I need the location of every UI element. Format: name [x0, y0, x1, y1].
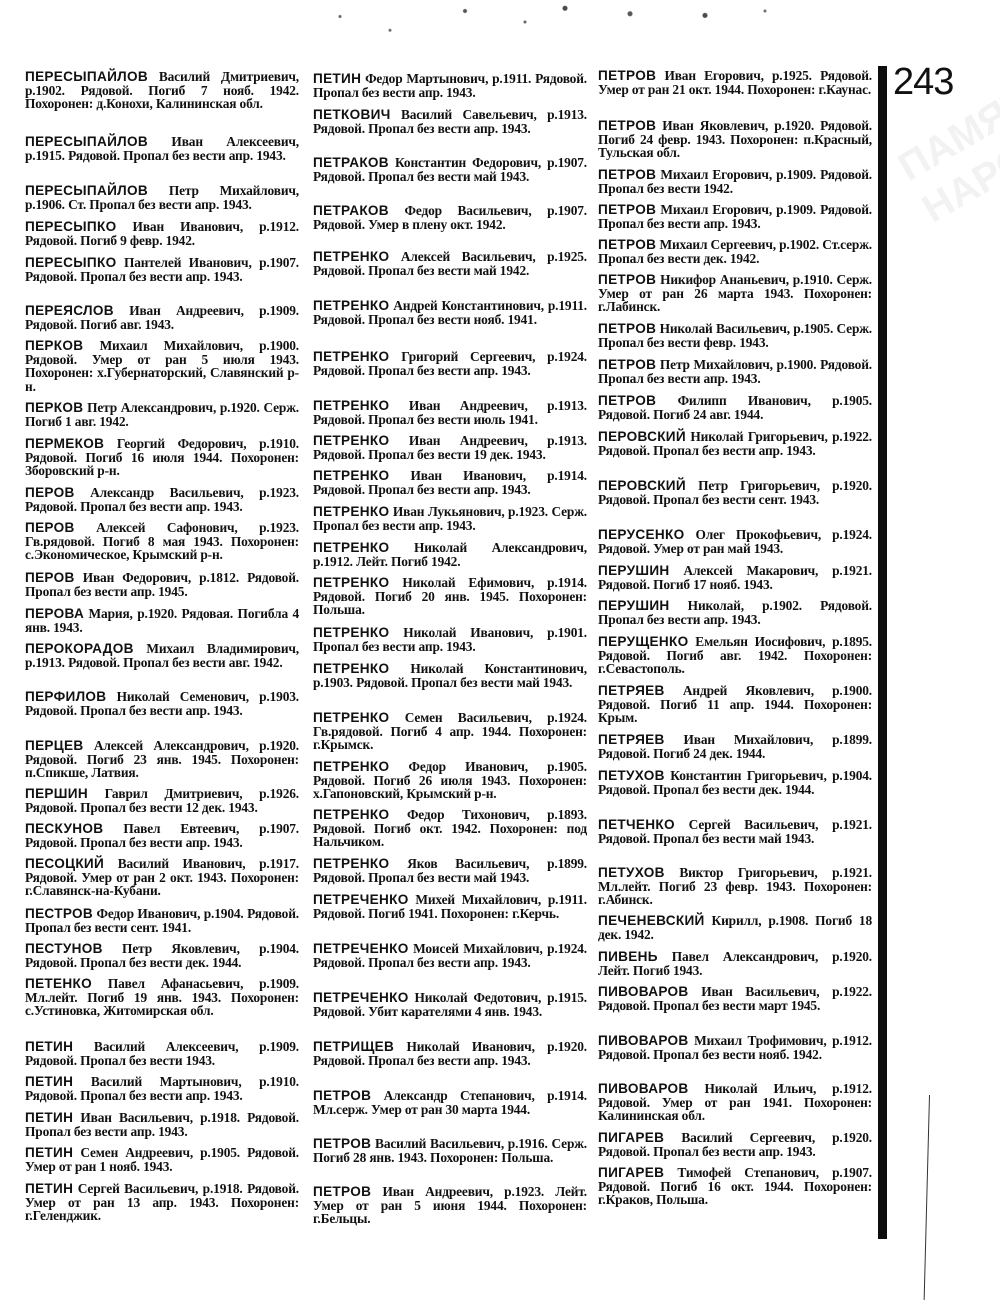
memorial-entry: ПЕРЦЕВ Алексей Александрович, р.1920. Ря… — [25, 739, 299, 780]
memorial-entry: ПЕТРЕНКО Андрей Константинович, р.1911. … — [313, 299, 587, 326]
memorial-entry: ПЕТРОВ Иван Яковлевич, р.1920. Рядовой. … — [598, 119, 872, 160]
memorial-entry: ПЕСКУНОВ Павел Евтеевич, р.1907. Рядовой… — [25, 822, 299, 849]
memorial-entry: ПЕРОВСКИЙ Николай Григорьевич, р.1922. Р… — [598, 430, 872, 457]
memorial-entry: ПЕТРЕНКО Иван Лукьянович, р.1923. Серж. … — [313, 505, 587, 532]
scan-noise — [300, 0, 800, 55]
memorial-entry: ПЕРОВ Алексей Сафонович, р.1923. Гв.рядо… — [25, 521, 299, 562]
memorial-entry: ПЕТРЕНКО Иван Андреевич, р.1913. Рядовой… — [313, 434, 587, 461]
memorial-entry: ПЕТРАКОВ Константин Федорович, р.1907. Р… — [313, 156, 587, 183]
memorial-entry: ПЕТРОВ Никифор Ананьевич, р.1910. Серж. … — [598, 273, 872, 314]
memorial-entry: ПЕТРОВ Иван Андреевич, р.1923. Лейт. Уме… — [313, 1185, 587, 1226]
memorial-entry: ПЕРУШИН Алексей Макарович, р.1921. Рядов… — [598, 564, 872, 591]
memorial-entry: ПЕРОКОРАДОВ Михаил Владимирович, р.1913.… — [25, 642, 299, 669]
memorial-entry: ПЕЧЕНЕВСКИЙ Кирилл, р.1908. Погиб 18 дек… — [598, 914, 872, 941]
memorial-entry: ПЕТРОВ Василий Васильевич, р.1916. Серж.… — [313, 1137, 587, 1164]
memorial-entry: ПИВОВАРОВ Михаил Трофимович, р.1912. Ряд… — [598, 1034, 872, 1061]
memorial-entry: ПЕТРЯЕВ Иван Михайлович, р.1899. Рядовой… — [598, 733, 872, 760]
memorial-entry: ПЕТКОВИЧ Василий Савельевич, р.1913. Ряд… — [313, 108, 587, 135]
memorial-entry: ПЕТРЕНКО Иван Андреевич, р.1913. Рядовой… — [313, 399, 587, 426]
memorial-entry: ПЕТРОВ Михаил Егорович, р.1909. Рядовой.… — [598, 203, 872, 230]
memorial-entry: ПЕТРОВ Петр Михайлович, р.1900. Рядовой.… — [598, 358, 872, 385]
memorial-entry: ПЕТРЕНКО Николай Константинович, р.1903.… — [313, 662, 587, 689]
memorial-entry: ПЕСОЦКИЙ Василий Иванович, р.1917. Рядов… — [25, 857, 299, 898]
memorial-entry: ПЕРЕСЫПАЙЛОВ Василий Дмитриевич, р.1902.… — [25, 70, 299, 111]
memorial-entry: ПЕРШИН Гаврил Дмитриевич, р.1926. Рядово… — [25, 787, 299, 814]
scan-fold-line — [924, 1095, 930, 1300]
memorial-entry: ПЕРОВ Иван Федорович, р.1812. Рядовой. П… — [25, 571, 299, 598]
memorial-entry: ПЕТРОВ Филипп Иванович, р.1905. Рядовой.… — [598, 394, 872, 421]
memorial-entry: ПЕТРОВ Александр Степанович, р.1914. Мл.… — [313, 1089, 587, 1116]
memorial-entry: ПЕТЕНКО Павел Афанасьевич, р.1909. Мл.ле… — [25, 977, 299, 1018]
memorial-entry: ПЕРОВ Александр Васильевич, р.1923. Рядо… — [25, 486, 299, 513]
memorial-entry: ПИГАРЕВ Василий Сергеевич, р.1920. Рядов… — [598, 1131, 872, 1158]
memorial-entry: ПЕТРЕНКО Григорий Сергеевич, р.1924. Ряд… — [313, 350, 587, 377]
memorial-entry: ПЕТРЕНКО Николай Иванович, р.1901. Пропа… — [313, 626, 587, 653]
memorial-entry: ПЕТИН Василий Алексеевич, р.1909. Рядово… — [25, 1040, 299, 1067]
memorial-entry: ПЕРОВСКИЙ Петр Григорьевич, р.1920. Рядо… — [598, 479, 872, 506]
memorial-entry: ПЕРЕЯСЛОВ Иван Андреевич, р.1909. Рядово… — [25, 304, 299, 331]
memorial-entry: ПЕСТУНОВ Петр Яковлевич, р.1904. Рядовой… — [25, 942, 299, 969]
memorial-entry: ПЕСТРОВ Федор Иванович, р.1904. Рядовой.… — [25, 907, 299, 934]
memorial-entry: ПЕТРЕНКО Иван Иванович, р.1914. Рядовой.… — [313, 469, 587, 496]
memorial-entry: ПЕРЕСЫПАЙЛОВ Петр Михайлович, р.1906. Ст… — [25, 184, 299, 211]
memorial-entry: ПЕРЕСЫПАЙЛОВ Иван Алексеевич, р.1915. Ря… — [25, 135, 299, 162]
memorial-entry: ПИВЕНЬ Павел Александрович, р.1920. Лейт… — [598, 950, 872, 977]
memorial-entry: ПЕРМЕКОВ Георгий Федорович, р.1910. Рядо… — [25, 437, 299, 478]
memorial-entry: ПЕРУШИН Николай, р.1902. Рядовой. Пропал… — [598, 599, 872, 626]
memorial-entry: ПЕТРЕНКО Николай Ефимович, р.1914. Рядов… — [313, 576, 587, 617]
memorial-entry: ПЕТРЕНКО Алексей Васильевич, р.1925. Ряд… — [313, 250, 587, 277]
memorial-entry: ПЕТРИЩЕВ Николай Иванович, р.1920. Рядов… — [313, 1040, 587, 1067]
memorial-entry: ПЕТРЕНКО Николай Александрович, р.1912. … — [313, 541, 587, 568]
memorial-entry: ПЕТИН Василий Мартынович, р.1910. Рядово… — [25, 1075, 299, 1102]
memorial-entry: ПЕРУЩЕНКО Емельян Иосифович, р.1895. Ряд… — [598, 635, 872, 676]
memorial-entry: ПЕРУСЕНКО Олег Прокофьевич, р.1924. Рядо… — [598, 528, 872, 555]
memorial-entry: ПЕРКОВ Петр Александрович, р.1920. Серж.… — [25, 401, 299, 428]
memorial-entry: ПЕТРЕНКО Федор Иванович, р.1905. Рядовой… — [313, 760, 587, 801]
memorial-entry: ПЕРЕСЫПКО Иван Иванович, р.1912. Рядовой… — [25, 220, 299, 247]
memorial-entry: ПЕТРОВ Михаил Егорович, р.1909. Рядовой.… — [598, 168, 872, 195]
memorial-entry: ПЕТИН Федор Мартынович, р.1911. Рядовой.… — [313, 72, 587, 99]
memorial-entry: ПИВОВАРОВ Николай Ильич, р.1912. Рядовой… — [598, 1082, 872, 1123]
memorial-entry: ПЕТИН Семен Андреевич, р.1905. Рядовой. … — [25, 1146, 299, 1173]
memorial-entry: ПЕТРАКОВ Федор Васильевич, р.1907. Рядов… — [313, 204, 587, 231]
memorial-entry: ПЕТРЕНКО Яков Васильевич, р.1899. Рядово… — [313, 857, 587, 884]
memorial-entry: ПЕТРЕЧЕНКО Моисей Михайлович, р.1924. Ря… — [313, 942, 587, 969]
memorial-entry: ПЕТИН Иван Васильевич, р.1918. Рядовой. … — [25, 1111, 299, 1138]
page-number: 243 — [893, 62, 953, 102]
memorial-entry: ПЕТИН Сергей Васильевич, р.1918. Рядовой… — [25, 1182, 299, 1223]
memorial-entry: ПЕТРЕНКО Семен Васильевич, р.1924. Гв.ря… — [313, 711, 587, 752]
watermark: ПАМЯТЬ НАРОДА — [890, 95, 1000, 1103]
memorial-entry: ПЕТРОВ Николай Васильевич, р.1905. Серж.… — [598, 322, 872, 349]
memorial-entry: ПЕТУХОВ Виктор Григорьевич, р.1921. Мл.л… — [598, 866, 872, 907]
memorial-entry: ПЕТРЕЧЕНКО Николай Федотович, р.1915. Ря… — [313, 991, 587, 1018]
thumb-index-bar — [878, 66, 887, 1239]
memorial-entry: ПЕТРЯЕВ Андрей Яковлевич, р.1900. Рядово… — [598, 684, 872, 725]
memorial-entry: ПИВОВАРОВ Иван Васильевич, р.1922. Рядов… — [598, 985, 872, 1012]
memorial-entry: ПЕТРЕЧЕНКО Михей Михайлович, р.1911. Ряд… — [313, 893, 587, 920]
memorial-entry: ПЕТРЕНКО Федор Тихонович, р.1893. Рядово… — [313, 808, 587, 849]
memorial-entry: ПЕРОВА Мария, р.1920. Рядовая. Погибла 4… — [25, 607, 299, 634]
memorial-entry: ПИГАРЕВ Тимофей Степанович, р.1907. Рядо… — [598, 1166, 872, 1207]
document-page: ПЕРЕСЫПАЙЛОВ Василий Дмитриевич, р.1902.… — [0, 0, 1000, 1311]
memorial-entry: ПЕРКОВ Михаил Михайлович, р.1900. Рядово… — [25, 339, 299, 393]
memorial-entry: ПЕРФИЛОВ Николай Семенович, р.1903. Рядо… — [25, 690, 299, 717]
memorial-entry: ПЕТРОВ Михаил Сергеевич, р.1902. Ст.серж… — [598, 238, 872, 265]
memorial-entry: ПЕТЧЕНКО Сергей Васильевич, р.1921. Рядо… — [598, 818, 872, 845]
memorial-entry: ПЕРЕСЫПКО Пантелей Иванович, р.1907. Ряд… — [25, 256, 299, 283]
memorial-entry: ПЕТРОВ Иван Егорович, р.1925. Рядовой. У… — [598, 69, 872, 96]
memorial-entry: ПЕТУХОВ Константин Григорьевич, р.1904. … — [598, 769, 872, 796]
